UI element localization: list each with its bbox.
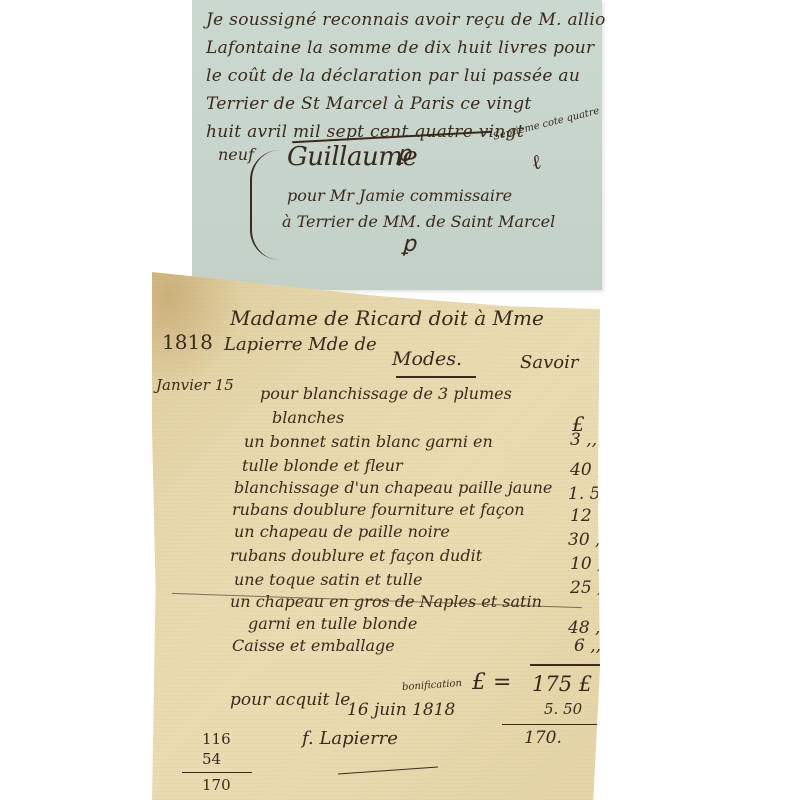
total-label: £ =	[472, 670, 511, 695]
acquittal-date: 16 juin 1818	[347, 700, 455, 720]
total-rule	[530, 664, 642, 666]
item-line: blanches	[272, 408, 344, 427]
item-line: Caisse et emballage	[232, 636, 395, 655]
receipt-line-4: Terrier de St Marcel à Paris ce vingt	[206, 94, 532, 114]
signature-lapierre: f. Lapierre	[302, 728, 398, 749]
item-amount: 6 ,,	[574, 636, 601, 656]
item-line: un chapeau de paille noire	[234, 522, 450, 541]
item-amount: 12	[570, 506, 592, 526]
receipt-line-3: le coût de la déclaration par lui passée…	[206, 66, 580, 86]
net-rule	[502, 724, 642, 725]
invoice-year: 1818	[162, 330, 213, 354]
acquittal-text: pour acquit le	[230, 690, 350, 710]
item-line: un bonnet satin blanc garni en	[244, 432, 493, 451]
receipt-line-5: huit avril mil sept cent quatre vingt	[206, 122, 524, 142]
margin-calc-2: 54	[202, 750, 221, 768]
receipt-top-sheet: Je soussigné reconnais avoir reçu de M. …	[192, 0, 602, 290]
invoice-month: Janvier 15	[156, 376, 234, 394]
item-line: pour blanchissage de 3 plumes	[260, 384, 512, 403]
brace-flourish	[250, 150, 282, 260]
item-line: rubans doublure fourniture et façon	[232, 500, 525, 519]
item-amount: 3 ,,	[570, 430, 597, 450]
net-amount: 170.	[524, 728, 562, 748]
item-line: une toque satin et tulle	[234, 570, 422, 589]
invoice-header-line-1: Madame de Ricard doit à Mme	[230, 306, 544, 330]
item-line: garni en tulle blonde	[248, 614, 417, 633]
item-amount: 1. 50	[568, 484, 611, 504]
invoice-bottom-sheet: Madame de Ricard doit à Mme 1818 Lapierr…	[152, 272, 600, 800]
signature-line-1: pour Mr Jamie commissaire	[287, 186, 512, 205]
item-amount: 10 ,,	[570, 554, 608, 574]
continuation-word: neuf	[218, 145, 254, 164]
margin-calc-3: 170	[202, 776, 231, 794]
paraph-icon: ꝑ	[402, 232, 416, 257]
initial-mark-icon: ℓ	[528, 149, 544, 175]
item-amount: 30 ,,	[568, 530, 606, 550]
paraph-icon: ꝑ	[397, 142, 411, 167]
invoice-header-modes: Modes.	[392, 348, 462, 370]
item-line: un chapeau en gros de Naples et satin	[230, 592, 542, 611]
item-line: tulle blonde et fleur	[242, 456, 403, 475]
margin-calc-1: 116	[202, 730, 231, 748]
item-amount: 40 ,,	[570, 460, 608, 480]
invoice-header-line-2: Lapierre Mde de	[224, 334, 377, 355]
receipt-line-1: Je soussigné reconnais avoir reçu de M. …	[206, 10, 606, 30]
item-line: blanchissage d'un chapeau paille jaune	[234, 478, 552, 497]
underline	[396, 376, 476, 378]
invoice-header-savoir: Savoir	[520, 352, 578, 373]
receipt-line-2: Lafontaine la somme de dix huit livres p…	[206, 38, 594, 58]
signature-line-2: à Terrier de MM. de Saint Marcel	[282, 212, 555, 231]
bonification-amount: 5. 50	[544, 700, 582, 718]
item-amount: 48 ,,	[568, 618, 606, 638]
item-amount: 25 ,,	[570, 578, 608, 598]
calc-rule	[182, 772, 252, 773]
total-amount: 175 £ ,, 50 c	[532, 672, 664, 696]
item-line: rubans doublure et façon dudit	[230, 546, 482, 565]
